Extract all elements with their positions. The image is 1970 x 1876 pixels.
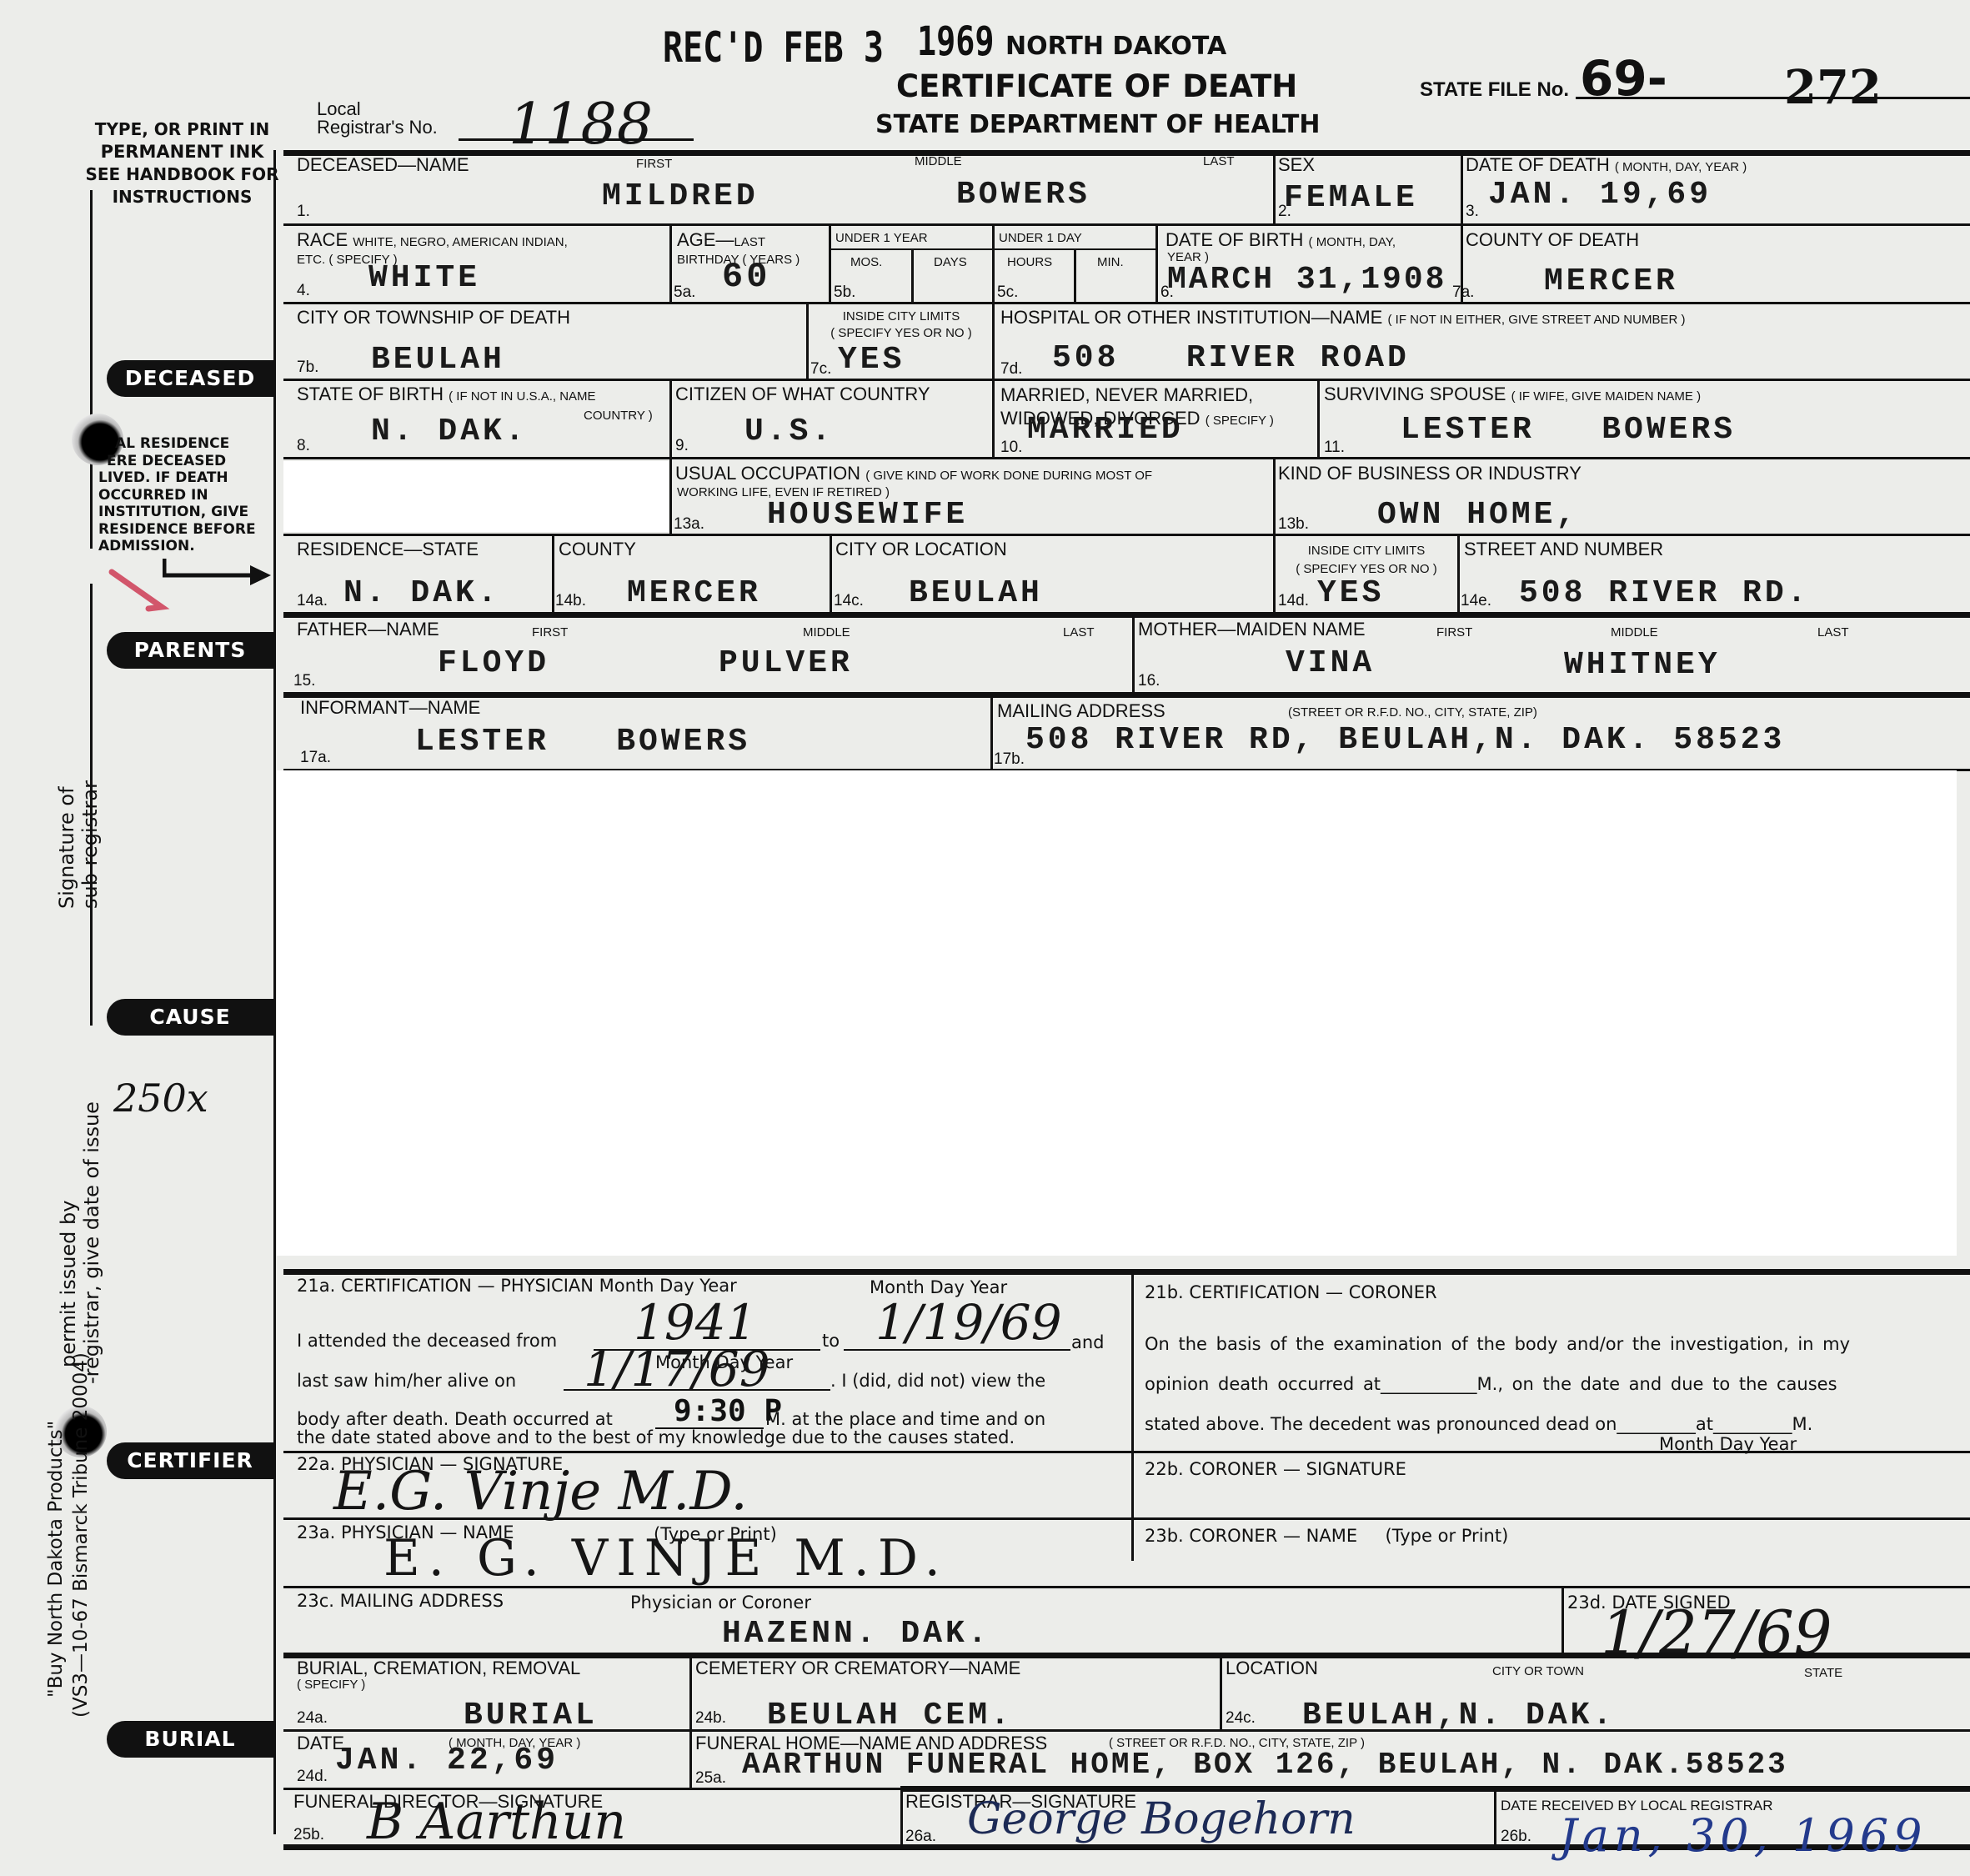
- item-number: 24c.: [1226, 1709, 1256, 1728]
- col-business: [1273, 459, 1276, 612]
- hours-label: HOURS: [1007, 255, 1052, 269]
- item-number: 26a.: [905, 1828, 936, 1846]
- minutes-label: MIN.: [1097, 255, 1124, 269]
- col-location: [1220, 1656, 1222, 1731]
- item-number: 14d.: [1278, 592, 1309, 610]
- sex-label: SEX: [1278, 154, 1315, 176]
- deceased-name-label: DECEASED—NAME: [297, 154, 469, 176]
- funeral-home-value: AARTHUN FUNERAL HOME, BOX 126, BEULAH, N…: [742, 1748, 1788, 1782]
- col-date-signed: [1561, 1586, 1564, 1654]
- age-label: AGE—LAST: [677, 229, 765, 251]
- item-number: 24a.: [297, 1709, 328, 1728]
- permit-issued-label: permit issued by -registrar, give date o…: [57, 1101, 103, 1384]
- disposition-value: BURIAL: [464, 1698, 598, 1733]
- col-cemetery: [689, 1656, 692, 1788]
- certifier-mailing-value: HAZENN. DAK.: [722, 1616, 990, 1652]
- item-number: 14a.: [297, 592, 328, 610]
- state-file-underline: [1576, 97, 1970, 99]
- item-number: 24d.: [297, 1768, 328, 1786]
- physician-certification-heading: 21a. CERTIFICATION — PHYSICIAN Month Day…: [297, 1276, 737, 1296]
- state-of-birth-label: STATE OF BIRTH ( IF NOT IN U.S.A., NAME: [297, 384, 596, 405]
- father-middle-label: MIDDLE: [803, 625, 850, 640]
- col-dob: [1155, 225, 1158, 302]
- department-name: STATE DEPARTMENT OF HEALTH: [875, 110, 1320, 139]
- race-label: RACE WHITE, NEGRO, AMERICAN INDIAN,: [297, 229, 568, 251]
- coroner-text-line2: opinion death occurred at___________M., …: [1145, 1374, 1837, 1394]
- item-number: 1.: [297, 203, 310, 221]
- location-label: LOCATION: [1226, 1658, 1318, 1679]
- col-hospital: [992, 303, 995, 380]
- certifier-mailing-label: 23c. MAILING ADDRESS: [297, 1591, 504, 1611]
- under-1-year-label: UNDER 1 YEAR: [835, 231, 928, 245]
- rule-certifier-top: [283, 1269, 1970, 1275]
- place-text: M. at the place and time and on: [765, 1409, 1045, 1429]
- registrar-signature: George Bogehorn: [967, 1794, 1356, 1844]
- days-label: DAYS: [934, 255, 967, 269]
- col-res-street: [1457, 535, 1460, 612]
- city-of-death-label: CITY OR TOWNSHIP OF DEATH: [297, 307, 570, 329]
- coroner-certification-heading: 21b. CERTIFICATION — CORONER: [1145, 1282, 1437, 1302]
- to-word: to: [822, 1331, 840, 1351]
- funeral-director-signature: B Aarthun: [367, 1793, 626, 1851]
- last-label: LAST: [1203, 154, 1235, 168]
- local-registrar-underline: [459, 138, 694, 141]
- col-age: [669, 225, 672, 302]
- body-after-death-text: body after death. Death occurred at: [297, 1409, 613, 1429]
- residence-state-value: N. DAK.: [343, 575, 500, 611]
- item-number: 14b.: [555, 592, 586, 610]
- date-of-death-label: DATE OF DEATH ( MONTH, DAY, YEAR ): [1466, 154, 1747, 176]
- father-first-label: FIRST: [532, 625, 568, 640]
- col-dod: [1461, 150, 1463, 302]
- item-number: 24b.: [695, 1709, 726, 1728]
- item-number: 10.: [1000, 439, 1022, 457]
- red-check-mark-icon: [107, 567, 173, 617]
- col-mailing: [990, 697, 993, 770]
- citizen-label: CITIZEN OF WHAT COUNTRY: [675, 384, 930, 405]
- rule-row3: [283, 379, 1970, 381]
- item-number: 9.: [675, 437, 689, 455]
- section-tab-parents: PARENTS: [107, 632, 273, 669]
- item-number: 5a.: [674, 283, 695, 302]
- item-number: 17b.: [994, 750, 1025, 769]
- col-under-day: [992, 225, 995, 302]
- col-citizen: [669, 380, 672, 534]
- section-tab-burial: BURIAL: [107, 1721, 273, 1758]
- col-mother: [1132, 617, 1135, 692]
- col-spouse: [1317, 380, 1320, 457]
- item-number: 13b.: [1278, 515, 1309, 534]
- attended-to-underline: [844, 1349, 1070, 1351]
- hospital-label: HOSPITAL OR OTHER INSTITUTION—NAME ( IF …: [1000, 307, 1685, 329]
- physician-signature: E.G. Vinje M.D.: [333, 1461, 748, 1522]
- father-name-label: FATHER—NAME: [297, 619, 439, 640]
- cemetery-label: CEMETERY OR CREMATORY—NAME: [695, 1658, 1020, 1679]
- certifier-mailing-sub-label: Physician or Coroner: [630, 1593, 811, 1613]
- hospital-value: 508 RIVER ROAD: [1052, 340, 1410, 376]
- state-label: STATE: [1804, 1666, 1842, 1680]
- surviving-spouse-value: LESTER BOWERS: [1401, 412, 1736, 448]
- item-number: 17a.: [300, 749, 331, 767]
- rule-under-sub: [829, 248, 1155, 250]
- rule-row5: [283, 534, 1970, 536]
- informant-mailing-label: MAILING ADDRESS: [997, 700, 1165, 722]
- col-res-county: [552, 535, 554, 612]
- deceased-first-name: MILDRED: [602, 178, 759, 214]
- coroner-text-line3: stated above. The decedent was pronounce…: [1145, 1414, 1812, 1434]
- residence-county-label: COUNTY: [559, 539, 636, 560]
- col-registrar: [900, 1788, 903, 1846]
- last-saw-underline: [564, 1389, 830, 1391]
- state-of-birth-value: N. DAK.: [371, 414, 528, 449]
- state-name: NORTH DAKOTA: [1005, 32, 1226, 61]
- item-number: 4.: [297, 282, 310, 300]
- cemetery-value: BEULAH CEM.: [767, 1698, 1013, 1733]
- county-of-death-value: MERCER: [1544, 263, 1678, 299]
- date-stated-text: the date stated above and to the best of…: [297, 1427, 1015, 1447]
- item-number: 16.: [1138, 672, 1160, 690]
- mother-middle-label: MIDDLE: [1611, 625, 1658, 640]
- residence-inside-limits-label: INSIDE CITY LIMITS ( SPECIFY YES OR NO ): [1276, 542, 1457, 579]
- city-of-death-value: BEULAH: [371, 342, 505, 378]
- residence-city-value: BEULAH: [909, 575, 1043, 611]
- received-year: 1969: [917, 18, 994, 65]
- coroner-name-label: 23b. CORONER — NAME (Type or Print): [1145, 1526, 1508, 1546]
- item-number: 8.: [297, 437, 310, 455]
- instructions: TYPE, OR PRINT IN PERMANENT INK SEE HAND…: [80, 118, 284, 208]
- section-tab-cause: CAUSE: [107, 999, 273, 1036]
- physician-name-value: E. G. VINJE M.D.: [383, 1529, 949, 1588]
- middle-label: MIDDLE: [915, 154, 962, 168]
- item-number: 15.: [293, 672, 315, 690]
- item-number: 7d.: [1000, 360, 1022, 379]
- mother-middle-name: WHITNEY: [1564, 647, 1721, 683]
- business-label: KIND OF BUSINESS OR INDUSTRY: [1278, 463, 1582, 484]
- view-text: . I (did, did not) view the: [830, 1371, 1045, 1391]
- informant-mailing-value: 508 RIVER RD, BEULAH,N. DAK. 58523: [1025, 722, 1785, 758]
- marital-status-value: MARRIED: [1027, 412, 1184, 448]
- redacted-ssn: [283, 461, 669, 532]
- local-registrar-number: 1188: [509, 92, 653, 158]
- surviving-spouse-label: SURVIVING SPOUSE ( IF WIFE, GIVE MAIDEN …: [1324, 384, 1701, 405]
- residence-county-value: MERCER: [627, 575, 761, 611]
- col-sex: [1273, 150, 1276, 225]
- item-number: 5c.: [997, 283, 1018, 302]
- rule-row6: [283, 612, 1970, 618]
- sub-registrar-signature-label: Signature of sub-registrar: [55, 780, 102, 909]
- col-hours: [1074, 250, 1076, 302]
- printer-imprint: "Buy North Dakota Products" (VS3—10-67 B…: [43, 1352, 93, 1718]
- mother-maiden-name-label: MOTHER—MAIDEN NAME: [1138, 619, 1366, 640]
- item-number: 25a.: [695, 1769, 726, 1788]
- residence-street-value: 508 RIVER RD.: [1519, 575, 1809, 611]
- item-number: 7b.: [297, 359, 318, 377]
- item-number: 13a.: [674, 515, 704, 534]
- rule-row1: [283, 223, 1970, 226]
- rule-row4: [283, 457, 1970, 459]
- section-tab-certifier: CERTIFIER: [107, 1442, 273, 1479]
- col-received: [1494, 1788, 1496, 1846]
- item-number: 26b.: [1501, 1828, 1531, 1846]
- father-last-label: LAST: [1063, 625, 1095, 640]
- attended-to-value: 1/19/69: [875, 1294, 1062, 1351]
- state-file-number: 272: [1784, 60, 1882, 115]
- redacted-cause-of-death: [277, 770, 1957, 1256]
- age-value: 60: [722, 257, 770, 297]
- business-value: OWN HOME,: [1377, 497, 1578, 533]
- residence-street-label: STREET AND NUMBER: [1464, 539, 1663, 560]
- date-of-death-value: JAN. 19,69: [1488, 177, 1712, 213]
- inside-limits-label: INSIDE CITY LIMITS ( SPECIFY YES OR NO ): [813, 308, 990, 342]
- item-number: 7a.: [1452, 283, 1474, 302]
- margin-rule-top: [90, 190, 93, 549]
- inside-limits-value: YES: [838, 342, 905, 378]
- location-value: BEULAH,N. DAK.: [1302, 1698, 1615, 1733]
- item-number: 11.: [1324, 439, 1345, 457]
- handwritten-margin-note: 250x: [113, 1076, 208, 1121]
- mother-last-label: LAST: [1817, 625, 1849, 640]
- deceased-last-name: BOWERS: [956, 177, 1090, 213]
- item-number: 3.: [1466, 203, 1479, 221]
- date-of-birth-value: MARCH 31,1908: [1167, 262, 1446, 298]
- col-inside-limits: [806, 303, 809, 380]
- mdy-label: Month Day Year: [1659, 1434, 1797, 1454]
- residence-city-label: CITY OR LOCATION: [835, 539, 1007, 560]
- item-number: 25b.: [293, 1826, 324, 1844]
- father-middle-name: PULVER: [719, 645, 853, 681]
- state-of-birth-sub-label: COUNTRY ): [584, 409, 653, 423]
- state-file-label: STATE FILE No.: [1420, 78, 1569, 102]
- date-received-value: Jan, 30, 1969: [1559, 1809, 1927, 1862]
- county-of-death-label: COUNTY OF DEATH: [1466, 229, 1639, 251]
- and-word: and: [1071, 1332, 1105, 1352]
- item-number: 5b.: [834, 283, 855, 302]
- informant-name-label: INFORMANT—NAME: [300, 697, 480, 719]
- burial-date-value: JAN. 22,69: [335, 1743, 559, 1778]
- item-number: 14c.: [834, 592, 864, 610]
- residence-note: AL RESIDENCE ERE DECEASED LIVED. IF DEAT…: [98, 435, 256, 555]
- informant-mailing-sub-label: (STREET OR R.F.D. NO., CITY, STATE, ZIP): [1288, 705, 1537, 720]
- under-1-day-label: UNDER 1 DAY: [999, 231, 1082, 245]
- disposition-sub-label: ( SPECIFY ): [297, 1678, 365, 1692]
- item-number: 7c.: [810, 360, 831, 379]
- occupation-value: HOUSEWIFE: [767, 497, 968, 533]
- form-left-spine: [273, 150, 276, 1834]
- received-stamp: REC'D FEB 3: [663, 23, 884, 72]
- arrow-right-icon: [163, 557, 275, 590]
- city-or-town-label: CITY OR TOWN: [1492, 1664, 1584, 1678]
- local-registrar-label: Local Registrar's No.: [317, 100, 438, 137]
- disposition-label: BURIAL, CREMATION, REMOVAL: [297, 1658, 580, 1679]
- attended-text: I attended the deceased from: [297, 1331, 557, 1351]
- occupation-label: USUAL OCCUPATION ( GIVE KIND OF WORK DON…: [675, 463, 1152, 484]
- sex-value: FEMALE: [1284, 180, 1418, 216]
- months-label: MOS.: [850, 255, 882, 269]
- race-value: WHITE: [368, 260, 480, 296]
- last-saw-text: last saw him/her alive on: [297, 1371, 516, 1391]
- residence-state-label: RESIDENCE—STATE: [297, 539, 479, 560]
- coroner-signature-label: 22b. CORONER — SIGNATURE: [1145, 1459, 1406, 1479]
- certificate-title: CERTIFICATE OF DEATH: [896, 68, 1297, 104]
- date-of-birth-label: DATE OF BIRTH ( MONTH, DAY,: [1165, 229, 1396, 251]
- informant-value: LESTER BOWERS: [415, 724, 750, 760]
- rule-25-left: [283, 1788, 900, 1790]
- rule-row7: [283, 692, 1970, 698]
- first-label: FIRST: [636, 157, 672, 171]
- col-res-city: [830, 535, 832, 612]
- section-tab-deceased: DECEASED: [107, 360, 273, 397]
- col-marital: [992, 380, 995, 457]
- col-mos: [911, 250, 914, 302]
- col-under-year: [829, 225, 831, 302]
- residence-inside-limits-value: YES: [1317, 575, 1384, 611]
- citizen-value: U.S.: [744, 414, 834, 449]
- rule-row2: [283, 302, 1970, 304]
- mother-first-label: FIRST: [1436, 625, 1472, 640]
- father-first-name: FLOYD: [438, 645, 549, 681]
- coroner-text-line1: On the basis of the examination of the b…: [1145, 1334, 1850, 1354]
- item-number: 14e.: [1461, 592, 1491, 610]
- mother-first-name: VINA: [1286, 645, 1375, 681]
